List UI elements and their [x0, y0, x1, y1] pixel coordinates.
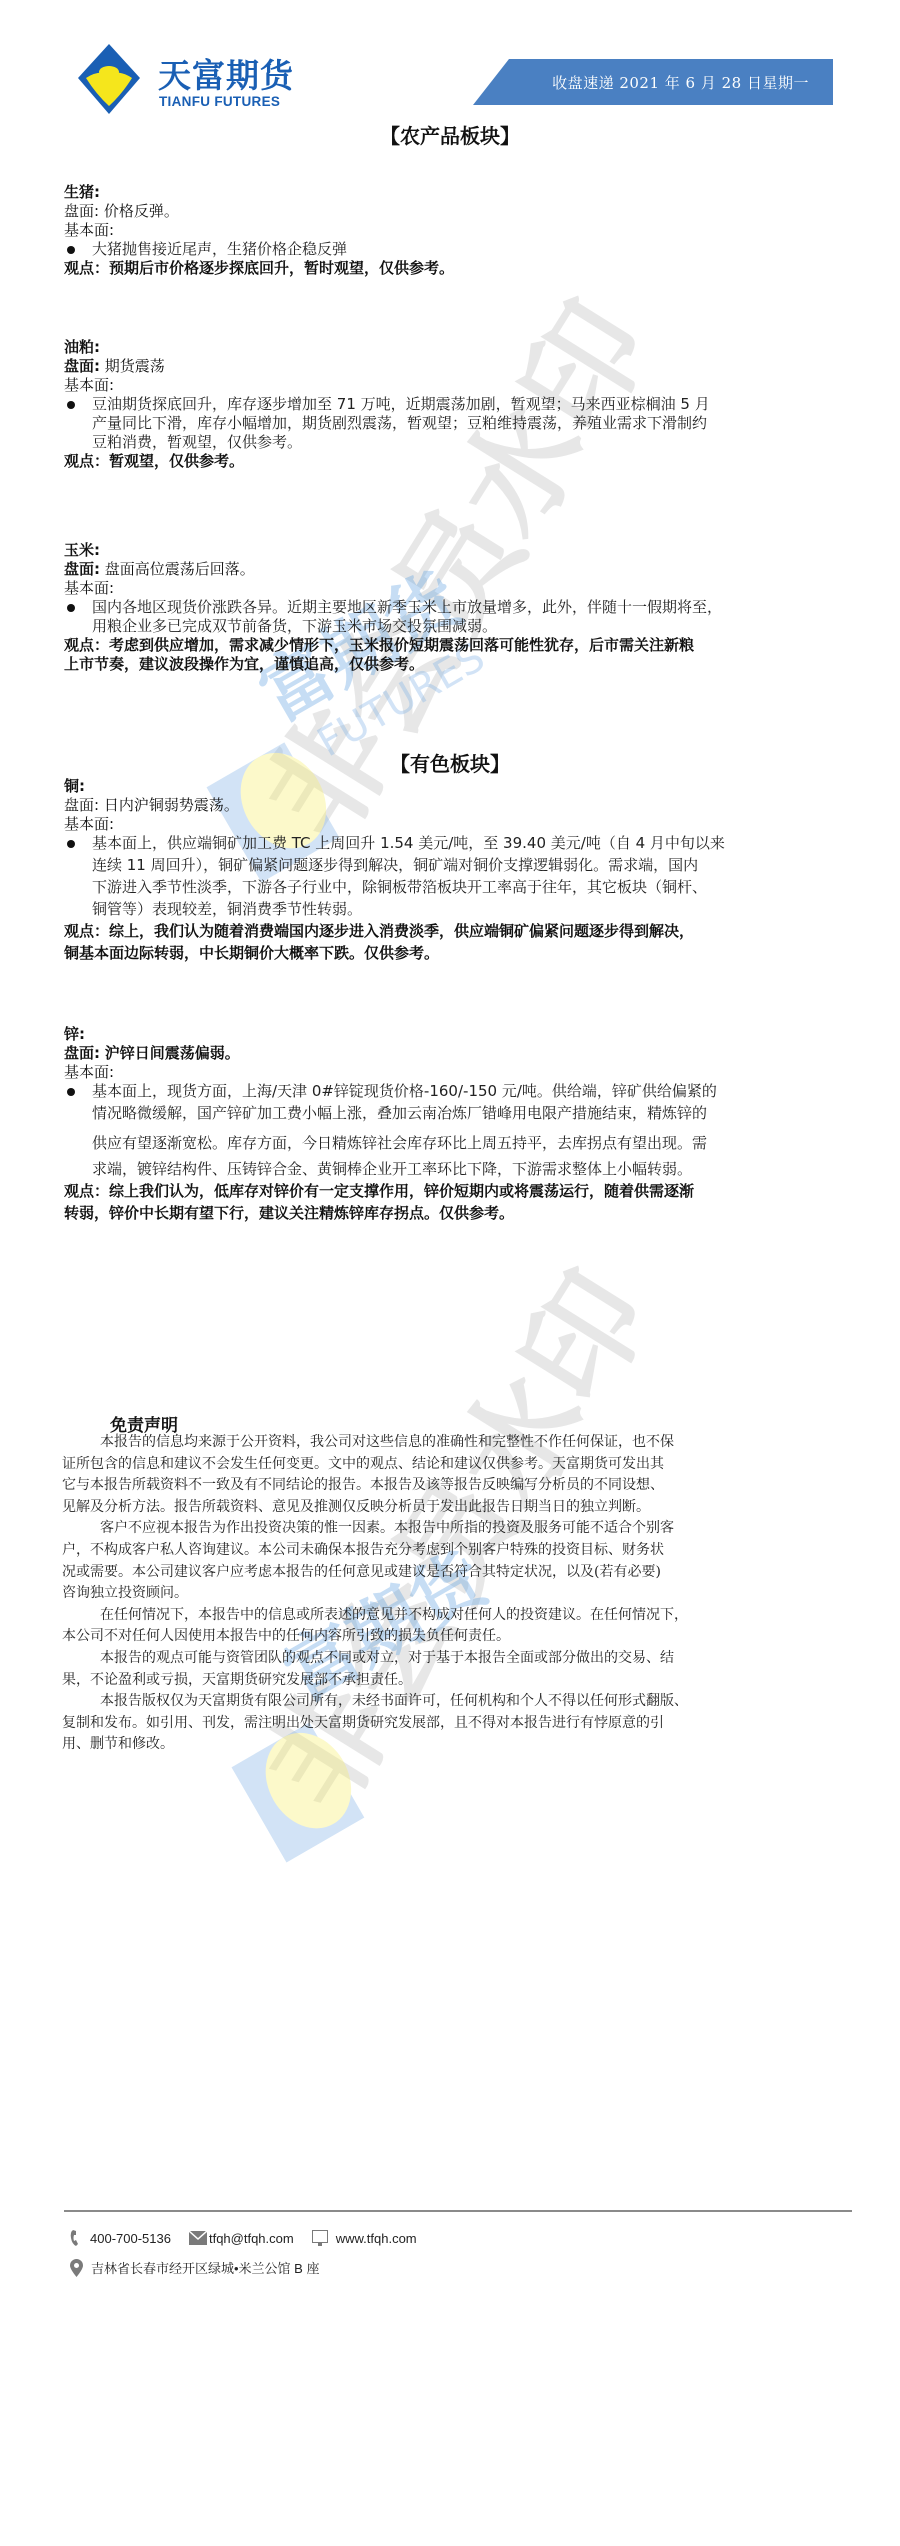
viewpoint: 观点：综上我们认为，低库存对锌价有一定支撑作用，锌价短期内或将震荡运行，随着供需… [64, 1182, 844, 1204]
commodity-hog: 生猪: 盘面: 价格反弹。 基本面: 大猪抛售接近尾声，生猪价格企稳反弹 观点：… [64, 183, 844, 278]
section-title-agriculture: 【农产品板块】 [0, 120, 900, 149]
footer-phone: 400-700-5136 [70, 2229, 171, 2247]
company-logo: 天富期货 TIANFU FUTURES [78, 40, 308, 120]
bullet-dot-icon [67, 604, 75, 612]
fundamentals-bullet: 大猪抛售接近尾声，生猪价格企稳反弹 [64, 240, 844, 259]
bullet-dot-icon [67, 246, 75, 254]
location-pin-icon [70, 2259, 83, 2277]
footer-address: 吉林省长春市经开区绿城•米兰公馆 B 座 [70, 2258, 319, 2277]
fundamentals-label: 基本面: [64, 1063, 844, 1082]
bullet-dot-icon [67, 840, 75, 848]
viewpoint-cont: 铜基本面边际转弱，中长期铜价大概率下跌。仅供参考。 [64, 944, 844, 963]
footer-divider [64, 2210, 852, 2212]
banner-date-text: 收盘速递 2021 年 6 月 28 日星期一 [552, 72, 809, 93]
logo-chinese-name: 天富期货 [158, 50, 294, 97]
logo-diamond-icon [78, 44, 140, 114]
viewpoint-cont: 上市节奏，建议波段操作为宜，谨慎追高，仅供参考。 [64, 655, 844, 674]
commodity-oilseed: 油粕: 盘面: 期货震荡 基本面: 豆油期货探底回升，库存逐步增加至 71 万吨… [64, 338, 844, 471]
section-title-nonferrous: 【有色板块】 [0, 748, 900, 777]
fundamentals-label: 基本面: [64, 579, 844, 598]
market-summary: 盘面: 盘面高位震荡后回落。 [64, 560, 844, 579]
fundamentals-label: 基本面: [64, 376, 844, 395]
fundamentals-label: 基本面: [64, 815, 844, 834]
commodity-name: 铜: [64, 777, 844, 796]
viewpoint: 观点：综上，我们认为随着消费端国内逐步进入消费淡季，供应端铜矿偏紧问题逐步得到解… [64, 922, 844, 944]
footer-contacts: 400-700-5136 tfqh@tfqh.com www.tfqh.com [70, 2229, 435, 2247]
fundamentals-bullet: 基本面上，现货方面，上海/天津 0#锌锭现货价格-160/-150 元/吨。供给… [64, 1082, 844, 1182]
fundamentals-bullet: 豆油期货探底回升，库存逐步增加至 71 万吨，近期震荡加剧，暂观望；马来西亚棕榈… [64, 395, 844, 452]
market-summary: 盘面: 沪锌日间震荡偏弱。 [64, 1044, 844, 1063]
bullet-dot-icon [67, 401, 75, 409]
commodity-zinc: 锌: 盘面: 沪锌日间震荡偏弱。 基本面: 基本面上，现货方面，上海/天津 0#… [64, 1025, 844, 1223]
bullet-dot-icon [67, 1088, 75, 1096]
date-banner: 收盘速递 2021 年 6 月 28 日星期一 [473, 59, 833, 105]
commodity-corn: 玉米: 盘面: 盘面高位震荡后回落。 基本面: 国内各地区现货价涨跌各异。近期主… [64, 541, 844, 674]
viewpoint-cont: 转弱，锌价中长期有望下行，建议关注精炼锌库存拐点。仅供参考。 [64, 1204, 844, 1223]
fundamentals-bullet: 国内各地区现货价涨跌各异。近期主要地区新季玉米上市放量增多，此外，伴随十一假期将… [64, 598, 844, 636]
footer-website[interactable]: www.tfqh.com [312, 2230, 417, 2247]
email-icon [189, 2231, 207, 2245]
commodity-name: 生猪: [64, 183, 844, 202]
market-summary: 盘面: 日内沪铜弱势震荡。 [64, 796, 844, 815]
commodity-name: 玉米: [64, 541, 844, 560]
fundamentals-bullet: 基本面上，供应端铜矿加工费 TC 上周回升 1.54 美元/吨，至 39.40 … [64, 834, 844, 922]
viewpoint: 观点：暂观望，仅供参考。 [64, 452, 844, 471]
fundamentals-label: 基本面: [64, 221, 844, 240]
phone-icon [70, 2229, 82, 2247]
viewpoint: 观点：考虑到供应增加，需求减少情形下，玉米报价短期震荡回落可能性犹存，后市需关注… [64, 636, 844, 655]
market-summary: 盘面: 期货震荡 [64, 357, 844, 376]
footer-email[interactable]: tfqh@tfqh.com [189, 2231, 294, 2246]
commodity-name: 锌: [64, 1025, 844, 1044]
monitor-icon [312, 2230, 328, 2247]
commodity-name: 油粕: [64, 338, 844, 357]
logo-english-name: TIANFU FUTURES [159, 94, 280, 109]
disclaimer-body: 本报告的信息均来源于公开资料，我公司对这些信息的准确性和完整性不作任何保证，也不… [62, 1432, 862, 1756]
viewpoint: 观点：预期后市价格逐步探底回升，暂时观望，仅供参考。 [64, 259, 844, 278]
commodity-copper: 铜: 盘面: 日内沪铜弱势震荡。 基本面: 基本面上，供应端铜矿加工费 TC 上… [64, 777, 844, 963]
market-summary: 盘面: 价格反弹。 [64, 202, 844, 221]
